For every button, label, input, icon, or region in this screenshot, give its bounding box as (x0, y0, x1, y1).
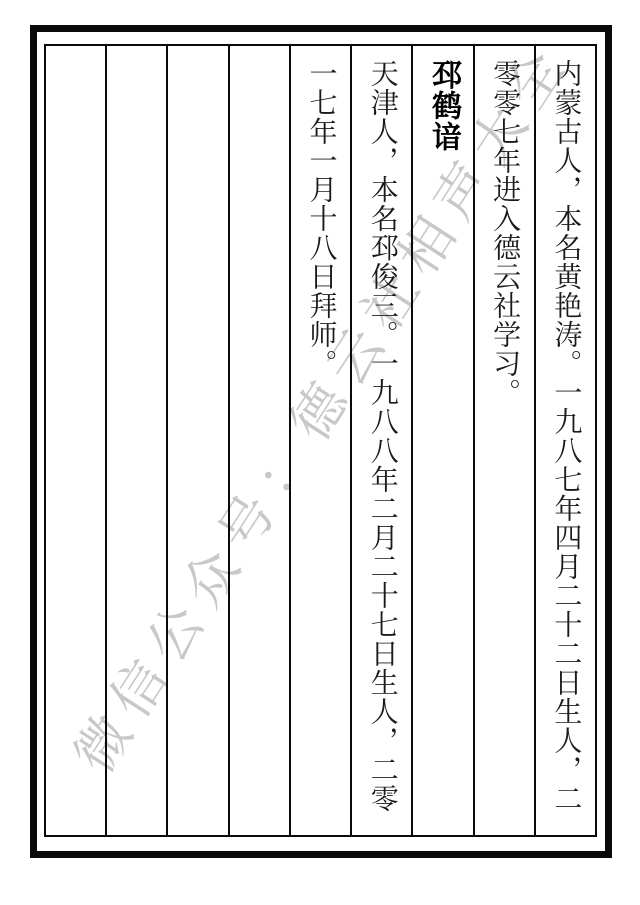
column-2-text: 零零七年进入德云社学习。 (490, 46, 518, 835)
column-6-empty (230, 46, 291, 835)
column-9-empty (46, 46, 107, 835)
column-5-text: 一七年一月十八日拜师。 (307, 46, 335, 835)
genealogy-page: 微信公众号：德云社相声大全 内蒙古人，本名黄艳涛。一九八七年四月二十二日生人，二… (0, 0, 640, 905)
column-1-entry-continuation: 内蒙古人，本名黄艳涛。一九八七年四月二十二日生人，二 (536, 46, 595, 835)
column-8-empty (107, 46, 168, 835)
column-3-member-name: 邳鹤谙 (413, 46, 474, 835)
column-4-member-bio: 天津人，本名邳俊三。一九八八年二月二十七日生人，二零 (352, 46, 413, 835)
column-2-entry-continuation: 零零七年进入德云社学习。 (475, 46, 536, 835)
inner-border-frame: 内蒙古人，本名黄艳涛。一九八七年四月二十二日生人，二 零零七年进入德云社学习。 … (44, 44, 597, 837)
text-columns: 内蒙古人，本名黄艳涛。一九八七年四月二十二日生人，二 零零七年进入德云社学习。 … (46, 46, 595, 835)
column-7-empty (168, 46, 229, 835)
member-name-text: 邳鹤谙 (428, 46, 458, 835)
column-1-text: 内蒙古人，本名黄艳涛。一九八七年四月二十二日生人，二 (551, 46, 579, 835)
column-4-text: 天津人，本名邳俊三。一九八八年二月二十七日生人，二零 (368, 46, 396, 835)
column-5-member-bio: 一七年一月十八日拜师。 (291, 46, 352, 835)
